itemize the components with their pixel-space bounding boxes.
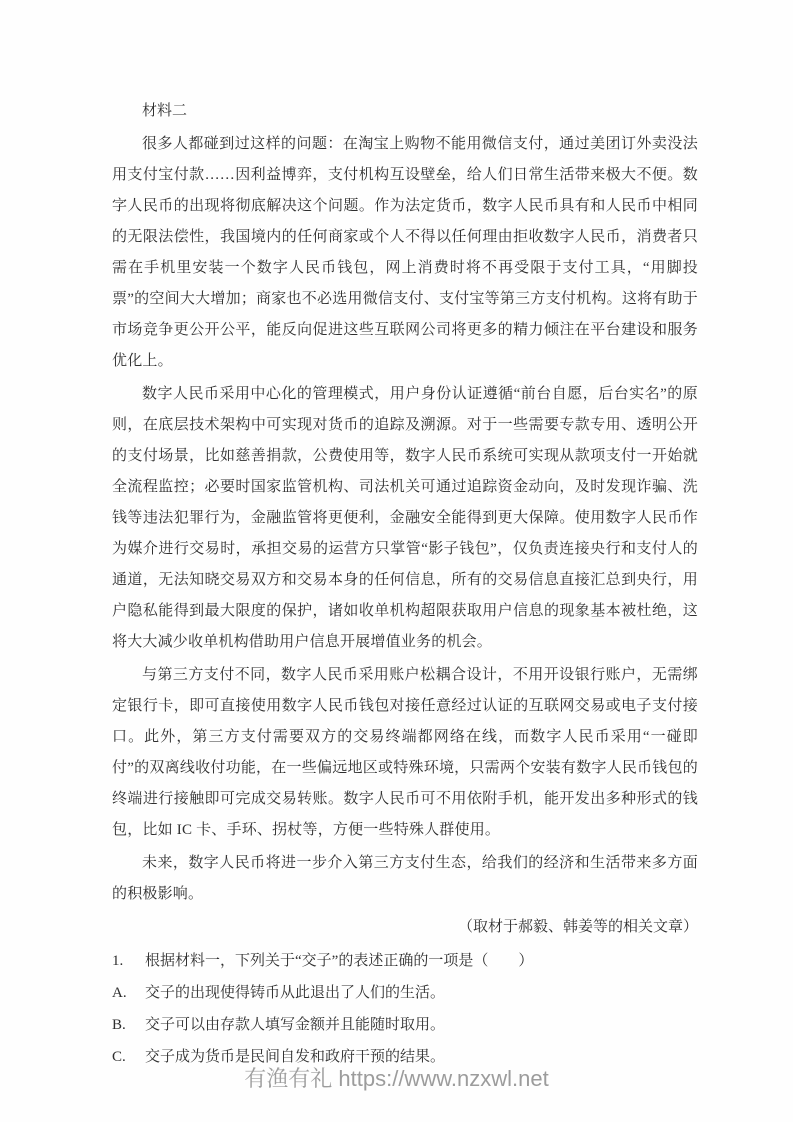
question-stem-text: 根据材料一，下列关于“交子”的表述正确的一项是（ ） [145,945,698,977]
watermark-footer: 有渔有礼 https://www.nzxwl.net [0,1062,793,1093]
document-body: 材料二 很多人都碰到过这样的问题：在淘宝上购物不能用微信支付，通过美团订外卖没法… [112,96,698,1073]
option-a-label: A. [112,977,145,1009]
option-b-label: B. [112,1009,145,1041]
source-attribution: （取材于郝毅、韩姜等的相关文章） [112,912,698,943]
option-a-text: 交子的出现使得铸币从此退出了人们的生活。 [145,977,698,1009]
paragraph-1: 很多人都碰到过这样的问题：在淘宝上购物不能用微信支付，通过美团订外卖没法用支付宝… [112,129,698,377]
option-b-text: 交子可以由存款人填写金额并且能随时取用。 [145,1009,698,1041]
question-1-option-b: B. 交子可以由存款人填写金额并且能随时取用。 [112,1009,698,1041]
paragraph-2: 数字人民币采用中心化的管理模式，用户身份认证遵循“前台自愿，后台实名”的原则，在… [112,379,698,658]
paragraph-3: 与第三方支付不同，数字人民币采用账户松耦合设计，不用开设银行账户，无需绑定银行卡… [112,660,698,846]
exam-document-page: 材料二 很多人都碰到过这样的问题：在淘宝上购物不能用微信支付，通过美团订外卖没法… [0,0,793,1122]
question-1-option-a: A. 交子的出现使得铸币从此退出了人们的生活。 [112,977,698,1009]
paragraph-4: 未来，数字人民币将进一步介入第三方支付生态，给我们的经济和生活带来多方面的积极影… [112,848,698,910]
section-heading: 材料二 [112,96,698,127]
question-1-stem: 1. 根据材料一，下列关于“交子”的表述正确的一项是（ ） [112,945,698,977]
question-number: 1. [112,945,145,977]
